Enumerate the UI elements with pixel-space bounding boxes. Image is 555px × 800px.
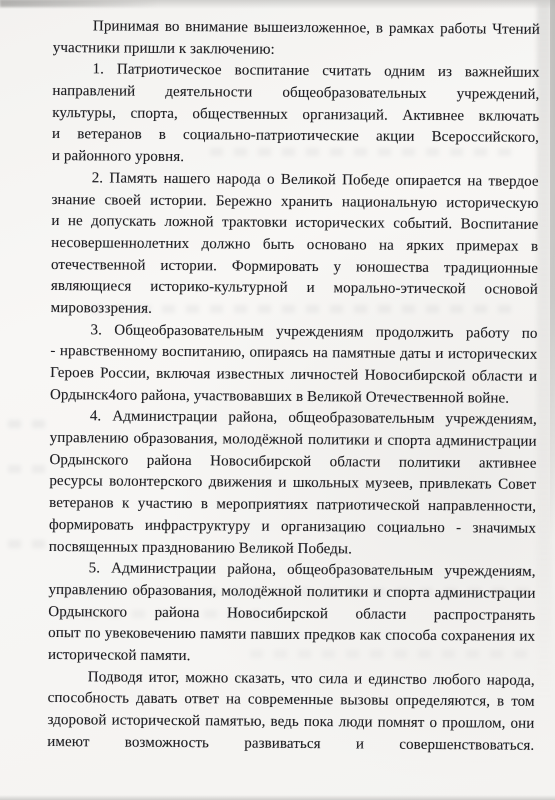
paragraph-item-2: 2. Память нашего народа о Великой Победе… bbox=[51, 168, 539, 324]
text-line: имеют возможность развиваться и совершен… bbox=[47, 732, 534, 758]
scanned-document-page: Принимая во внимание вышеизложенное, в р… bbox=[0, 0, 555, 800]
paragraph-intro: Принимая во внимание вышеизложенное, в р… bbox=[53, 16, 540, 63]
scan-top-edge-shadow bbox=[0, 0, 555, 9]
text-line: формировать инфраструктуру и организацию… bbox=[49, 515, 536, 541]
text-line: несовершеннолетних должно быть основано … bbox=[51, 233, 538, 259]
paragraph-conclusion: Подводя итог, можно сказать, что сила и … bbox=[47, 667, 535, 758]
paragraph-item-1: 1. Патриотическое воспитание считать одн… bbox=[52, 59, 540, 171]
bleed-through-artifact bbox=[8, 465, 50, 473]
scan-bottom-edge-shadow bbox=[0, 795, 555, 800]
scan-right-edge-line bbox=[550, 0, 555, 540]
text-line: управлению образования, молодёжной полит… bbox=[48, 580, 535, 606]
paragraph-item-5: 5. Администрации района, общеобразовател… bbox=[48, 558, 536, 670]
paragraph-item-4: 4. Администрации района, общеобразовател… bbox=[49, 406, 537, 562]
scan-top-left-corner-shadow bbox=[0, 0, 160, 7]
bleed-through-artifact bbox=[8, 420, 50, 428]
document-text-block: Принимая во внимание вышеизложенное, в р… bbox=[47, 16, 540, 757]
text-line: 2. Память нашего народа о Великой Победе… bbox=[52, 168, 539, 194]
bleed-through-artifact bbox=[8, 540, 54, 548]
paragraph-item-3: 3. Общеобразовательным учреждениям продо… bbox=[50, 320, 538, 411]
